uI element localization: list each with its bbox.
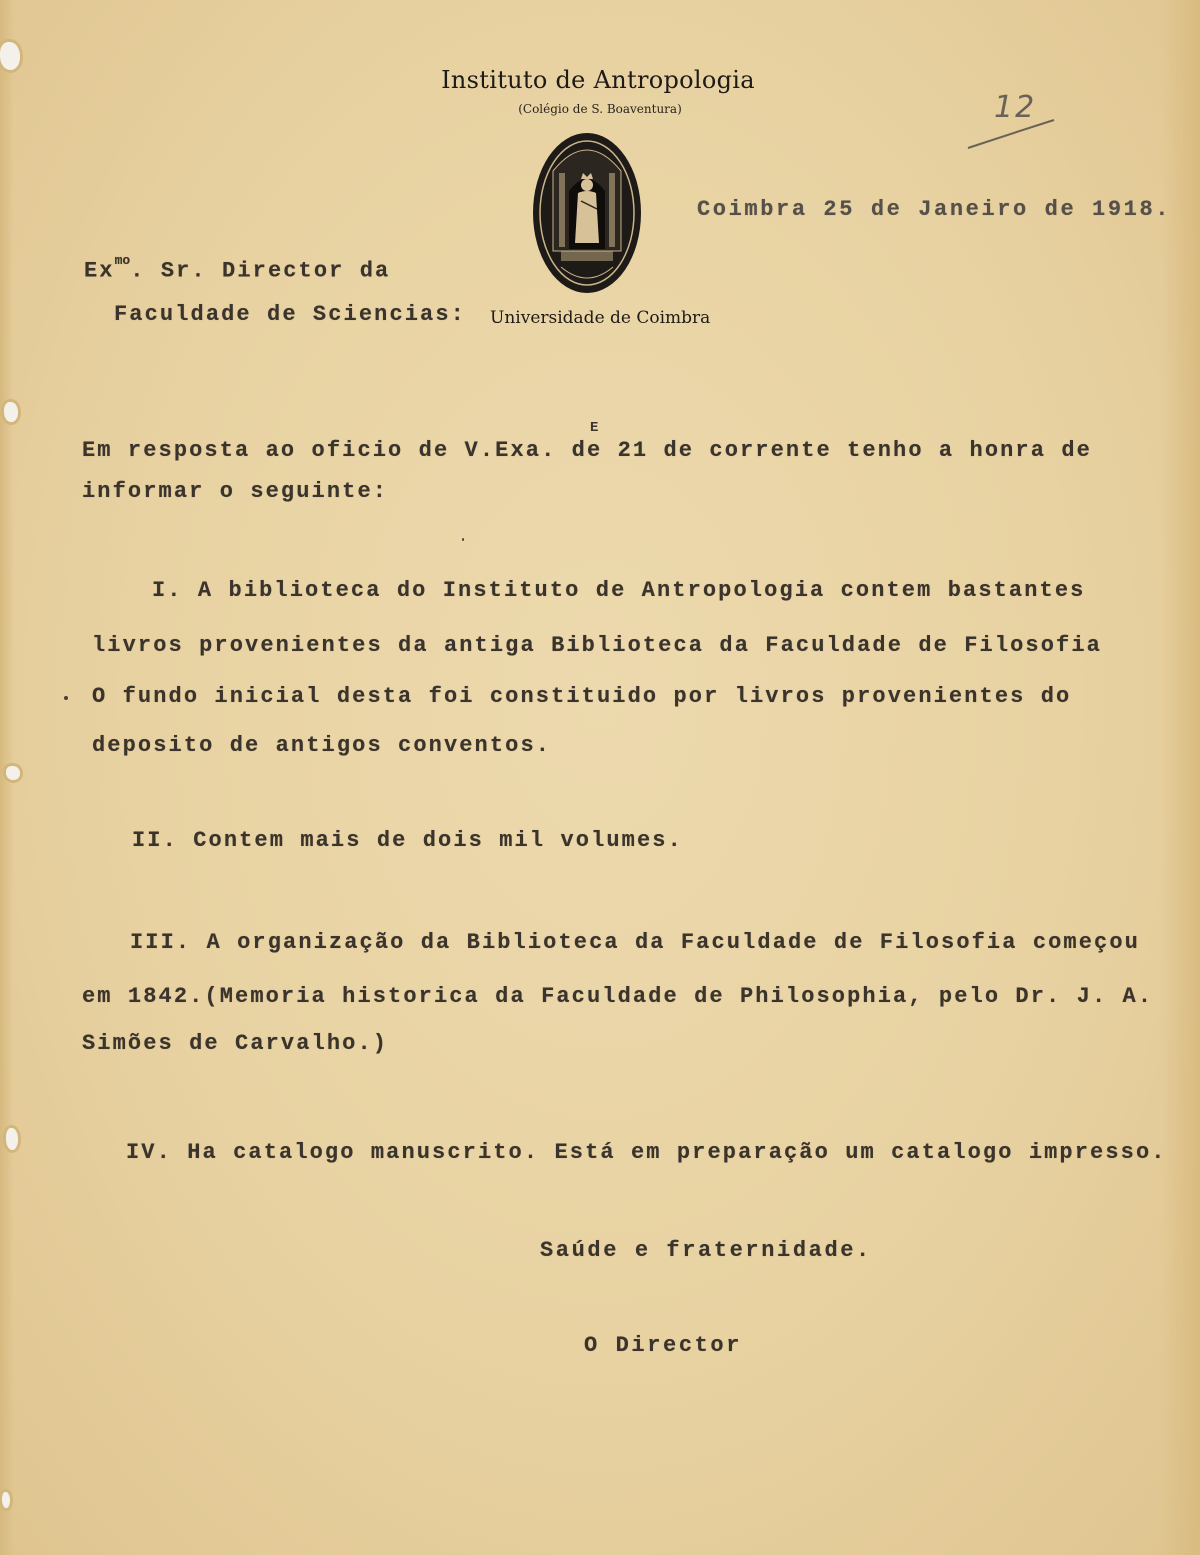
university-seal-icon	[531, 131, 643, 295]
item-i-line: O fundo inicial desta foi constituido po…	[92, 684, 1071, 709]
closing-salutation: Saúde e fraternidade.	[540, 1238, 872, 1263]
page-edge-right	[1160, 0, 1200, 1555]
signature-line: O Director	[584, 1333, 742, 1358]
item-iv-line: IV. Ha catalogo manuscrito. Está em prep…	[126, 1140, 1167, 1165]
punch-hole	[4, 402, 18, 422]
date-line: Coimbra 25 de Janeiro de 1918.	[697, 197, 1171, 222]
letter-page: Instituto de Antropologia (Colégio de S.…	[0, 0, 1200, 1555]
punch-hole	[6, 1128, 18, 1150]
item-iii-line: III. A organização da Biblioteca da Facu…	[130, 930, 1140, 955]
item-iii-line: Simões de Carvalho.)	[82, 1031, 388, 1056]
intro-line: Em resposta ao oficio de V.Exa. de 21 de…	[82, 438, 1092, 463]
addressee-line-2: Faculdade de Sciencias:	[114, 302, 466, 327]
item-ii-line: II. Contem mais de dois mil volumes.	[132, 828, 683, 853]
stray-mark	[64, 696, 68, 700]
folio-underline	[960, 88, 1060, 158]
seal-caption: Universidade de Coimbra	[490, 308, 702, 328]
stray-mark	[462, 538, 464, 541]
item-i-line: livros provenientes da antiga Biblioteca…	[92, 633, 1102, 658]
addressee-line-1: Exmo. Sr. Director da	[84, 257, 390, 283]
punch-hole	[6, 766, 20, 780]
superscript-correction: E	[590, 420, 598, 436]
punch-hole	[2, 1492, 10, 1508]
item-i-line: I. A biblioteca do Instituto de Antropol…	[152, 578, 1085, 603]
item-i-line: deposito de antigos conventos.	[92, 733, 551, 758]
item-iii-line: em 1842.(Memoria historica da Faculdade …	[82, 984, 1153, 1009]
intro-line: informar o seguinte:	[82, 479, 388, 504]
